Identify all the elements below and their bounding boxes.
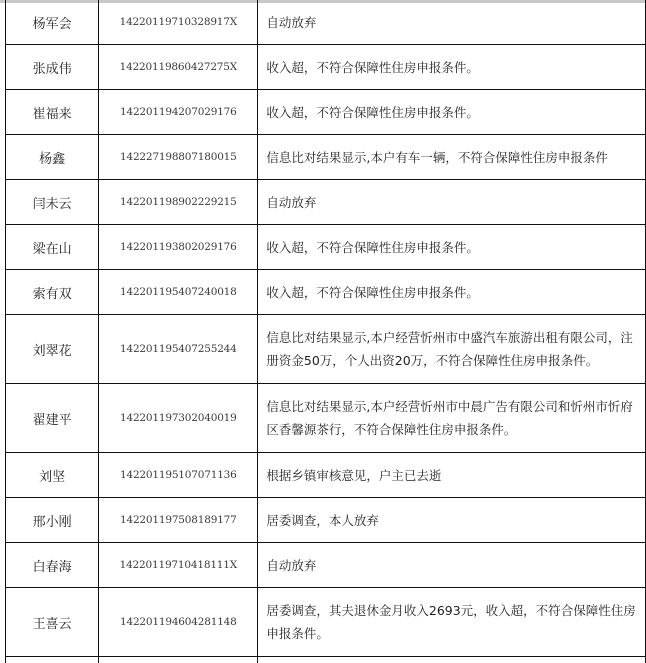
id-number: 142201198902229215 [99, 180, 258, 225]
review-note: 收入超，不符合保障性住房申报条件。 [258, 45, 646, 90]
applicant-name [6, 657, 99, 663]
table-row: 刘坚 142201195107071136 根据乡镇审核意见，户主已去逝 [6, 453, 646, 498]
table-row: 崔福来 142201194207029176 收入超，不符合保障性住房申报条件。 [6, 90, 646, 135]
applicant-name: 梁在山 [6, 225, 99, 270]
table-row: 杨鑫 142227198807180015 信息比对结果显示,本户有车一辆，不符… [6, 135, 646, 180]
table-row: 张成伟 14220119860427275X 收入超，不符合保障性住房申报条件。 [6, 45, 646, 90]
review-note: 收入超，不符合保障性住房申报条件。 [258, 225, 646, 270]
review-note: 信息比对结果显示,本户经营忻州市中盛汽车旅游出租有限公司，注册资金50万，个人出… [258, 315, 646, 384]
table-row: 梁在山 142201193802029176 收入超，不符合保障性住房申报条件。 [6, 225, 646, 270]
review-note: 自动放弃 [258, 543, 646, 588]
review-note: 收入超，不符合保障性住房申报条件。 [258, 90, 646, 135]
applicant-name: 翟建平 [6, 384, 99, 453]
id-number [99, 657, 258, 663]
applicant-name: 索有双 [6, 270, 99, 315]
applicant-name: 崔福来 [6, 90, 99, 135]
review-note: 居委调查，本人放弃 [258, 498, 646, 543]
review-note: 信息比对结果显示,本户经营忻州市中晨广告有限公司和忻州市忻府区香馨源茶行，不符合… [258, 384, 646, 453]
review-note [258, 657, 646, 663]
review-note: 居委调查，其夫退休金月收入2693元，收入超，不符合保障性住房申报条件。 [258, 588, 646, 657]
applicant-name: 闫未云 [6, 180, 99, 225]
table-row: 翟建平 142201197302040019 信息比对结果显示,本户经营忻州市中… [6, 384, 646, 453]
table-row: 闫未云 142201198902229215 自动放弃 [6, 180, 646, 225]
id-number: 142201197302040019 [99, 384, 258, 453]
table-row-cutoff [6, 657, 646, 663]
applicant-name: 邢小刚 [6, 498, 99, 543]
applicant-name: 张成伟 [6, 45, 99, 90]
table-row: 邢小刚 142201197508189177 居委调查，本人放弃 [6, 498, 646, 543]
review-note: 自动放弃 [258, 180, 646, 225]
id-number: 142201193802029176 [99, 225, 258, 270]
table-row: 索有双 142201195407240018 收入超，不符合保障性住房申报条件。 [6, 270, 646, 315]
applicant-table: 杨军会 14220119710328917X 自动放弃 张成伟 14220119… [5, 0, 646, 663]
table-row: 杨军会 14220119710328917X 自动放弃 [6, 0, 646, 45]
id-number: 142227198807180015 [99, 135, 258, 180]
applicant-name: 杨鑫 [6, 135, 99, 180]
review-note: 自动放弃 [258, 0, 646, 45]
applicant-table-container: 杨军会 14220119710328917X 自动放弃 张成伟 14220119… [5, 0, 646, 663]
id-number: 142201194207029176 [99, 90, 258, 135]
id-number: 142201194604281148 [99, 588, 258, 657]
table-row: 白春海 14220119710418111X 自动放弃 [6, 543, 646, 588]
id-number: 14220119860427275X [99, 45, 258, 90]
table-row: 刘翠花 142201195407255244 信息比对结果显示,本户经营忻州市中… [6, 315, 646, 384]
review-note: 收入超，不符合保障性住房申报条件。 [258, 270, 646, 315]
table-row: 王喜云 142201194604281148 居委调查，其夫退休金月收入2693… [6, 588, 646, 657]
applicant-name: 白春海 [6, 543, 99, 588]
id-number: 14220119710328917X [99, 0, 258, 45]
id-number: 142201197508189177 [99, 498, 258, 543]
id-number: 14220119710418111X [99, 543, 258, 588]
applicant-name: 杨军会 [6, 0, 99, 45]
applicant-name: 刘翠花 [6, 315, 99, 384]
review-note: 信息比对结果显示,本户有车一辆，不符合保障性住房申报条件 [258, 135, 646, 180]
id-number: 142201195407240018 [99, 270, 258, 315]
id-number: 142201195107071136 [99, 453, 258, 498]
applicant-name: 刘坚 [6, 453, 99, 498]
review-note: 根据乡镇审核意见，户主已去逝 [258, 453, 646, 498]
applicant-name: 王喜云 [6, 588, 99, 657]
id-number: 142201195407255244 [99, 315, 258, 384]
